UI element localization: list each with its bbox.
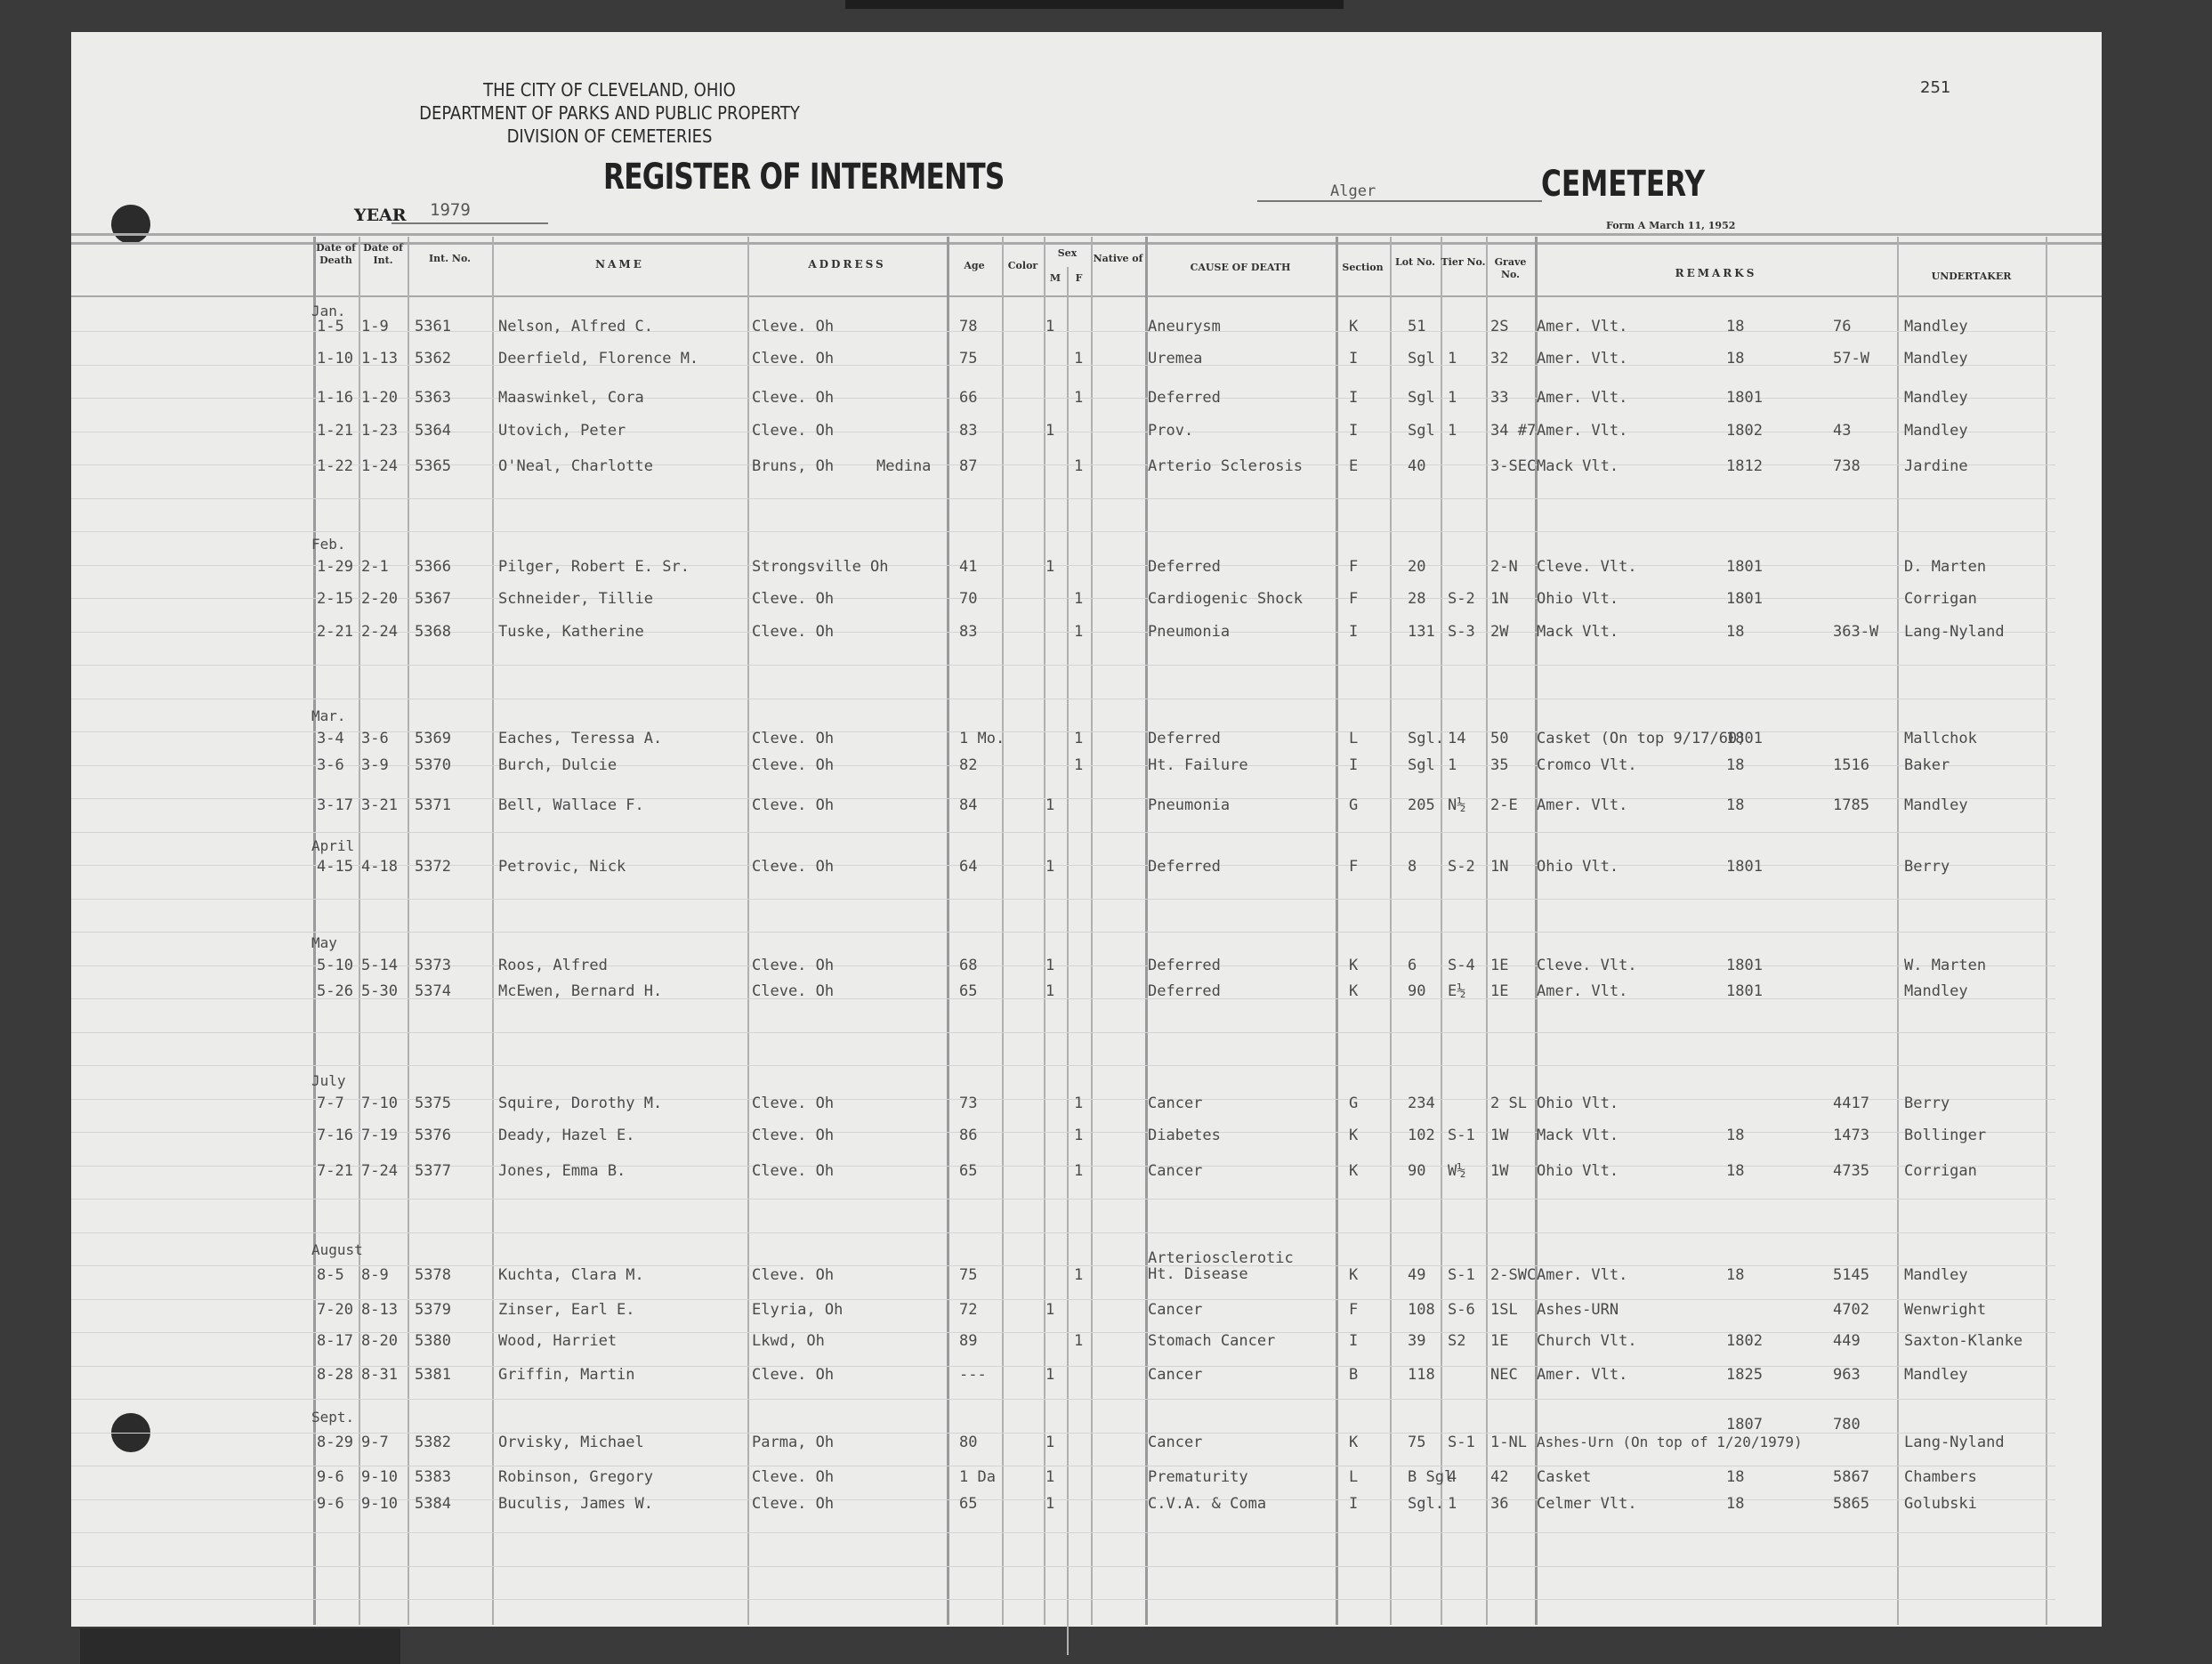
- cell-section: F: [1349, 590, 1358, 608]
- cell-grave-no: 1E: [1490, 957, 1508, 974]
- cell-address: Cleve. Oh: [752, 389, 834, 407]
- col-date-of-int: Date of Int.: [359, 242, 408, 267]
- cell-age: 70: [959, 590, 977, 608]
- cell-int-no: 5365: [415, 457, 451, 475]
- cell-int-no: 5370: [415, 756, 451, 774]
- cell-date-of-int: 5-14: [361, 957, 398, 974]
- cell-address: Cleve. Oh: [752, 858, 834, 876]
- cell-age: 82: [959, 756, 977, 774]
- cell-date-of-death: 2-15: [317, 590, 353, 608]
- cell-address: Cleve. Oh: [752, 1495, 834, 1513]
- cell-sex-m: 1: [1045, 982, 1054, 1000]
- cell-int-no: 5383: [415, 1468, 451, 1486]
- cell-date-of-death: 8-5: [317, 1266, 344, 1284]
- cell-cause-of-death: Cancer: [1148, 1434, 1202, 1451]
- cell-age: 80: [959, 1434, 977, 1451]
- column-rule: [1897, 237, 1899, 1625]
- column-rule: [1390, 237, 1392, 1625]
- cell-address: Cleve. Oh: [752, 318, 834, 335]
- cell-section: I: [1349, 389, 1358, 407]
- page-title: REGISTER OF INTERMENTS: [603, 157, 1005, 198]
- cell-address: Cleve. Oh: [752, 1266, 834, 1284]
- cell-date-of-death: 3-6: [317, 756, 344, 774]
- cell-date-of-death: 1-10: [317, 350, 353, 368]
- cell-date-of-int: 1-9: [361, 318, 389, 335]
- cell-tier-no: E½: [1448, 982, 1465, 1000]
- cell-grave-no: 1E: [1490, 982, 1508, 1000]
- cell-name: Bell, Wallace F.: [498, 796, 644, 814]
- cell-lot-no: Sgl.: [1408, 1495, 1444, 1513]
- cell-section: I: [1349, 1495, 1358, 1513]
- cell-undertaker: Mandley: [1904, 318, 1968, 335]
- cell-remarks-ref-2: 4417: [1833, 1095, 1869, 1112]
- cell-name: Nelson, Alfred C.: [498, 318, 653, 335]
- cell-age: 73: [959, 1095, 977, 1112]
- cell-undertaker: Lang-Nyland: [1904, 623, 2005, 641]
- cell-lot-no: 75: [1408, 1434, 1425, 1451]
- row-rule: [71, 1232, 2055, 1233]
- cell-name: Orvisky, Michael: [498, 1434, 644, 1451]
- cell-undertaker: Bollinger: [1904, 1127, 1986, 1144]
- cell-int-no: 5366: [415, 558, 451, 576]
- cell-age: 65: [959, 1495, 977, 1513]
- col-sex-f: F: [1067, 272, 1091, 285]
- cell-remarks-ref-1: 1801: [1726, 389, 1763, 407]
- column-rule: [1441, 237, 1442, 1625]
- cell-name: Maaswinkel, Cora: [498, 389, 644, 407]
- cell-name: McEwen, Bernard H.: [498, 982, 662, 1000]
- row-rule: [71, 1599, 2055, 1600]
- cell-remarks-ref-1: 1801: [1726, 982, 1763, 1000]
- cell-date-of-death: 1-21: [317, 422, 353, 440]
- col-tier-no: Tier No.: [1441, 256, 1486, 269]
- cell-date-of-int: 9-10: [361, 1495, 398, 1513]
- cell-lot-no: 20: [1408, 558, 1425, 576]
- col-name: NAME: [492, 258, 747, 271]
- cell-grave-no: 32: [1490, 350, 1508, 368]
- cell-int-no: 5376: [415, 1127, 451, 1144]
- cell-undertaker: Corrigan: [1904, 1162, 1977, 1180]
- cell-tier-no: S-1: [1448, 1434, 1475, 1451]
- cell-lot-no: 90: [1408, 1162, 1425, 1180]
- month-label: July: [311, 1072, 346, 1089]
- month-label: Feb.: [311, 536, 346, 553]
- cell-grave-no: 35: [1490, 756, 1508, 774]
- col-remarks: REMARKS: [1535, 267, 1897, 279]
- cell-cause-of-death: Arterio Sclerosis: [1148, 457, 1303, 475]
- cell-name: Pilger, Robert E. Sr.: [498, 558, 690, 576]
- cell-remarks-ref-1: 1801: [1726, 730, 1763, 747]
- cell-lot-no: 205: [1408, 796, 1435, 814]
- cell-tier-no: 1: [1448, 422, 1457, 440]
- cell-name: Squire, Dorothy M.: [498, 1095, 662, 1112]
- cell-date-of-death: 8-29: [317, 1434, 353, 1451]
- cell-remarks: Mack Vlt.: [1537, 623, 1619, 641]
- cell-date-of-death: 3-17: [317, 796, 353, 814]
- cell-lot-no: 49: [1408, 1266, 1425, 1284]
- cemetery-name: Alger: [1330, 182, 1376, 200]
- row-rule: [71, 832, 2055, 833]
- cell-remarks-ref-1: 1802: [1726, 422, 1763, 440]
- cell-lot-no: 39: [1408, 1332, 1425, 1350]
- cell-remarks-ref-2: 1516: [1833, 756, 1869, 774]
- cell-section: K: [1349, 1127, 1358, 1144]
- cell-remarks-ref-2: 4735: [1833, 1162, 1869, 1180]
- cell-name: Tuske, Katherine: [498, 623, 644, 641]
- cell-cause-of-death: Deferred: [1148, 558, 1221, 576]
- cell-age: 75: [959, 1266, 977, 1284]
- cell-undertaker: Mandley: [1904, 1366, 1968, 1384]
- cell-address: Cleve. Oh: [752, 1095, 834, 1112]
- cell-int-no: 5367: [415, 590, 451, 608]
- cell-undertaker: Mandley: [1904, 796, 1968, 814]
- cell-cause-of-death: Aneurysm: [1148, 318, 1221, 335]
- column-rule: [1336, 237, 1338, 1625]
- cell-age: 83: [959, 623, 977, 641]
- cell-date-of-death: 8-17: [317, 1332, 353, 1350]
- cell-lot-no: Sgl: [1408, 350, 1435, 368]
- cell-lot-no: B Sgl: [1408, 1468, 1453, 1486]
- cell-name: Jones, Emma B.: [498, 1162, 626, 1180]
- cell-section: K: [1349, 318, 1358, 335]
- cell-section: K: [1349, 982, 1358, 1000]
- cell-section: I: [1349, 422, 1358, 440]
- cell-date-of-int: 4-18: [361, 858, 398, 876]
- cell-cause-of-death: Prov.: [1148, 422, 1193, 440]
- cell-age: 65: [959, 982, 977, 1000]
- cell-date-of-int: 9-7: [361, 1434, 389, 1451]
- cell-date-of-int: 3-6: [361, 730, 389, 747]
- col-sex: Sex: [1044, 247, 1091, 260]
- col-cause-of-death: CAUSE OF DEATH: [1145, 262, 1336, 274]
- cell-int-no: 5371: [415, 796, 451, 814]
- cell-tier-no: W½: [1448, 1162, 1465, 1180]
- cell-age: 1 Mo.: [959, 730, 1005, 747]
- cell-remarks-ref-2: 738: [1833, 457, 1861, 475]
- cell-sex-f: 1: [1074, 389, 1083, 407]
- cell-tier-no: 14: [1448, 730, 1465, 747]
- cell-int-no: 5373: [415, 957, 451, 974]
- column-rule: [408, 237, 409, 1625]
- row-rule: [71, 1532, 2055, 1533]
- cell-lot-no: 6: [1408, 957, 1417, 974]
- cell-tier-no: S-1: [1448, 1127, 1475, 1144]
- cell-age: 68: [959, 957, 977, 974]
- year-field-line: [392, 222, 548, 224]
- cell-sex-m: 1: [1045, 558, 1054, 576]
- cell-int-no: 5377: [415, 1162, 451, 1180]
- cell-address: Cleve. Oh: [752, 350, 834, 368]
- cell-remarks: Ashes-URN: [1537, 1301, 1619, 1319]
- col-section: Section: [1336, 262, 1390, 274]
- form-note: Form A March 11, 1952: [1606, 220, 1735, 231]
- cell-age: 83: [959, 422, 977, 440]
- cell-remarks: Mack Vlt.: [1537, 457, 1619, 475]
- cell-date-of-death: 3-4: [317, 730, 344, 747]
- cell-undertaker: Mandley: [1904, 422, 1968, 440]
- column-rule: [947, 237, 949, 1625]
- cell-int-no: 5363: [415, 389, 451, 407]
- cell-tier-no: 1: [1448, 389, 1457, 407]
- cell-lot-no: 234: [1408, 1095, 1435, 1112]
- col-undertaker: UNDERTAKER: [1897, 271, 2046, 283]
- cell-tier-no: S-3: [1448, 623, 1475, 641]
- cell-cause-of-death: Pneumonia: [1148, 623, 1230, 641]
- cell-section: F: [1349, 858, 1358, 876]
- cell-age: 72: [959, 1301, 977, 1319]
- cell-lot-no: Sgl: [1408, 422, 1435, 440]
- cell-remarks: Amer. Vlt.: [1537, 1266, 1627, 1284]
- col-date-of-death: Date of Death: [313, 242, 359, 267]
- column-rule: [359, 237, 360, 1625]
- cell-date-of-death: 1-16: [317, 389, 353, 407]
- header-rule-bottom: [71, 295, 2102, 297]
- cell-int-no: 5362: [415, 350, 451, 368]
- cell-date-of-int: 1-20: [361, 389, 398, 407]
- row-rule: [71, 699, 2055, 699]
- cell-section: K: [1349, 1434, 1358, 1451]
- cell-name: Eaches, Teressa A.: [498, 730, 662, 747]
- cell-sex-m: 1: [1045, 1495, 1054, 1513]
- cell-lot-no: Sgl.: [1408, 730, 1444, 747]
- cell-cause-of-death: Deferred: [1148, 982, 1221, 1000]
- cell-cause-of-death: Deferred: [1148, 858, 1221, 876]
- cell-tier-no: S-6: [1448, 1301, 1475, 1319]
- column-rule: [1091, 237, 1093, 1625]
- cell-grave-no: 1E: [1490, 1332, 1508, 1350]
- cell-sex-f: 1: [1074, 1266, 1083, 1284]
- column-rule: [1044, 237, 1045, 1625]
- cell-int-no: 5374: [415, 982, 451, 1000]
- cell-undertaker: Lang-Nyland: [1904, 1434, 2005, 1451]
- cell-date-of-int: 8-13: [361, 1301, 398, 1319]
- cell-lot-no: Sgl: [1408, 389, 1435, 407]
- cell-grave-no: 2-N: [1490, 558, 1518, 576]
- cell-remarks: Amer. Vlt.: [1537, 318, 1627, 335]
- column-rule: [1535, 237, 1538, 1625]
- cell-remarks: Church Vlt.: [1537, 1332, 1637, 1350]
- cell-date-of-death: 2-21: [317, 623, 353, 641]
- cell-tier-no: S-2: [1448, 858, 1475, 876]
- cell-sex-f: 1: [1074, 1332, 1083, 1350]
- cell-cause-of-death: Cancer: [1148, 1366, 1202, 1384]
- cell-undertaker: Baker: [1904, 756, 1950, 774]
- cell-date-of-int: 2-24: [361, 623, 398, 641]
- cell-sex-m: 1: [1045, 957, 1054, 974]
- col-age: Age: [947, 260, 1002, 272]
- cell-cause-of-death: Cancer: [1148, 1301, 1202, 1319]
- cell-lot-no: 40: [1408, 457, 1425, 475]
- cell-remarks: Cromco Vlt.: [1537, 756, 1637, 774]
- cell-tier-no: S-2: [1448, 590, 1475, 608]
- cemetery-label: CEMETERY: [1541, 164, 1705, 205]
- cell-remarks-ref-1: 1801: [1726, 590, 1763, 608]
- cell-cause-of-death: Deferred: [1148, 957, 1221, 974]
- cell-cause-of-death: Ht. Failure: [1148, 756, 1248, 774]
- cell-remarks: Casket (On top 9/17/60): [1537, 730, 1746, 747]
- cell-remarks-ref-1: 18: [1726, 796, 1744, 814]
- cell-address: Cleve. Oh: [752, 756, 834, 774]
- cell-date-of-int: 9-10: [361, 1468, 398, 1486]
- col-sex-m: M: [1044, 272, 1067, 285]
- row-rule: [71, 665, 2055, 666]
- month-label: April: [311, 837, 354, 854]
- cell-age: ---: [959, 1366, 987, 1384]
- cell-undertaker: Mandley: [1904, 1266, 1968, 1284]
- cell-sex-f: 1: [1074, 1095, 1083, 1112]
- cell-name: Burch, Dulcie: [498, 756, 617, 774]
- cell-remarks-ref-2: 43: [1833, 422, 1851, 440]
- cell-address: Cleve. Oh: [752, 590, 834, 608]
- cell-date-of-int: 1-13: [361, 350, 398, 368]
- row-rule: [71, 1032, 2055, 1033]
- cell-int-no: 5364: [415, 422, 451, 440]
- page-number: 251: [1920, 78, 1950, 97]
- cell-date-of-int: 2-20: [361, 590, 398, 608]
- cell-address: Cleve. Oh: [752, 982, 834, 1000]
- col-lot-no: Lot No.: [1390, 256, 1441, 269]
- cell-section: E: [1349, 457, 1358, 475]
- cell-address: Lkwd, Oh: [752, 1332, 825, 1350]
- row-rule: [71, 498, 2055, 499]
- cell-name: O'Neal, Charlotte: [498, 457, 653, 475]
- cell-date-of-death: 5-26: [317, 982, 353, 1000]
- cell-tier-no: 1: [1448, 756, 1457, 774]
- column-rule: [492, 237, 494, 1625]
- cell-undertaker: Jardine: [1904, 457, 1968, 475]
- cell-name: Buculis, James W.: [498, 1495, 653, 1513]
- row-rule: [71, 531, 2055, 532]
- cell-remarks-ref-2: 76: [1833, 318, 1851, 335]
- cell-remarks-ref-1: 18: [1726, 318, 1744, 335]
- cell-undertaker: Corrigan: [1904, 590, 1977, 608]
- issuer-division: DIVISION OF CEMETERIES: [387, 125, 832, 148]
- cell-date-of-int: 7-24: [361, 1162, 398, 1180]
- cell-remarks: Mack Vlt.: [1537, 1127, 1619, 1144]
- cell-date-of-death: 4-15: [317, 858, 353, 876]
- cell-date-of-death: 7-20: [317, 1301, 353, 1319]
- cell-remarks: Ohio Vlt.: [1537, 858, 1619, 876]
- cell-date-of-int: 8-20: [361, 1332, 398, 1350]
- cell-remarks-ref-2: 1785: [1833, 796, 1869, 814]
- cell-remarks-ref-2: 5145: [1833, 1266, 1869, 1284]
- cell-tier-no: 1: [1448, 1495, 1457, 1513]
- cell-remarks-ref-2: 449: [1833, 1332, 1861, 1350]
- cell-name: Kuchta, Clara M.: [498, 1266, 644, 1284]
- cell-lot-no: 108: [1408, 1301, 1435, 1319]
- cell-age: 1 Da: [959, 1468, 996, 1486]
- cell-date-of-death: 9-6: [317, 1495, 344, 1513]
- cell-sex-f: 1: [1074, 1127, 1083, 1144]
- scan-edge-bottom: [80, 1628, 400, 1664]
- cell-age: 66: [959, 389, 977, 407]
- cell-remarks-ref-1: 18: [1726, 1266, 1744, 1284]
- cell-undertaker: Mallchok: [1904, 730, 1977, 747]
- cell-remarks: Ohio Vlt.: [1537, 1162, 1619, 1180]
- cell-name: Deerfield, Florence M.: [498, 350, 698, 368]
- row-rule: [71, 1299, 2055, 1300]
- row-rule: [71, 1065, 2055, 1066]
- cell-grave-no: 1-NL: [1490, 1434, 1527, 1451]
- cell-section: K: [1349, 957, 1358, 974]
- cell-remarks: Casket: [1537, 1468, 1591, 1486]
- year-value: 1979: [430, 200, 471, 220]
- cell-address: Cleve. Oh: [752, 1468, 834, 1486]
- cell-date-of-int: 2-1: [361, 558, 389, 576]
- cell-remarks: Amer. Vlt.: [1537, 1366, 1627, 1384]
- cell-date-of-int: 5-30: [361, 982, 398, 1000]
- cell-date-of-death: 5-10: [317, 957, 353, 974]
- cell-date-of-int: 3-21: [361, 796, 398, 814]
- cell-int-no: 5379: [415, 1301, 451, 1319]
- month-label: Mar.: [311, 707, 346, 724]
- cell-sex-m: 1: [1045, 1366, 1054, 1384]
- cell-remarks-ref-1: 1812: [1726, 457, 1763, 475]
- cell-date-of-death: 1-22: [317, 457, 353, 475]
- cell-sex-m: 1: [1045, 858, 1054, 876]
- cell-remarks-ref-2: 780: [1833, 1416, 1861, 1434]
- cell-remarks-ref-1: 18: [1726, 756, 1744, 774]
- cell-cause-of-death: Cardiogenic Shock: [1148, 590, 1303, 608]
- cell-sex-f: 1: [1074, 350, 1083, 368]
- cell-grave-no: 1N: [1490, 590, 1508, 608]
- cell-date-of-int: 7-19: [361, 1127, 398, 1144]
- cell-int-no: 5382: [415, 1434, 451, 1451]
- cell-undertaker: D. Marten: [1904, 558, 1986, 576]
- column-rule: [1145, 237, 1148, 1625]
- cell-int-no: 5380: [415, 1332, 451, 1350]
- cell-address: Cleve. Oh: [752, 1127, 834, 1144]
- cell-age: 86: [959, 1127, 977, 1144]
- cell-tier-no: S2: [1448, 1332, 1465, 1350]
- cell-date-of-death: 7-7: [317, 1095, 344, 1112]
- col-grave-no: Grave No.: [1486, 256, 1535, 281]
- issuer-header: THE CITY OF CLEVELAND, OHIO DEPARTMENT O…: [387, 78, 832, 148]
- cell-cause-of-death: Cancer: [1148, 1095, 1202, 1112]
- cell-remarks-ref-2: 963: [1833, 1366, 1861, 1384]
- cell-section: L: [1349, 730, 1358, 747]
- cell-sex-f: 1: [1074, 623, 1083, 641]
- cell-cause-of-death: Deferred: [1148, 730, 1221, 747]
- cell-date-of-death: 7-21: [317, 1162, 353, 1180]
- cell-grave-no: 2 SL: [1490, 1095, 1527, 1112]
- cell-address: Cleve. Oh: [752, 730, 834, 747]
- cell-remarks-ref-2: 363-W: [1833, 623, 1878, 641]
- cell-sex-m: 1: [1045, 1468, 1054, 1486]
- cell-grave-no: 2-SWC: [1490, 1266, 1536, 1284]
- cell-section: L: [1349, 1468, 1358, 1486]
- cell-date-of-death: 1-29: [317, 558, 353, 576]
- cell-cause-of-death: C.V.A. & Coma: [1148, 1495, 1266, 1513]
- binder-hole-top: [111, 205, 150, 244]
- cell-address: Cleve. Oh: [752, 1366, 834, 1384]
- cell-date-of-death: 1-5: [317, 318, 344, 335]
- cell-int-no: 5384: [415, 1495, 451, 1513]
- cell-lot-no: Sgl: [1408, 756, 1435, 774]
- cell-address: Cleve. Oh: [752, 422, 834, 440]
- cell-remarks-ref-1: 1802: [1726, 1332, 1763, 1350]
- cell-undertaker: Mandley: [1904, 982, 1968, 1000]
- cell-date-of-int: 1-24: [361, 457, 398, 475]
- cell-address: Bruns, Oh: [752, 457, 834, 475]
- cell-name: Zinser, Earl E.: [498, 1301, 635, 1319]
- cell-name: Wood, Harriet: [498, 1332, 617, 1350]
- cell-int-no: 5372: [415, 858, 451, 876]
- cell-grave-no: 2S: [1490, 318, 1508, 335]
- month-label: August: [311, 1241, 363, 1258]
- cell-lot-no: 28: [1408, 590, 1425, 608]
- cell-sex-f: 1: [1074, 590, 1083, 608]
